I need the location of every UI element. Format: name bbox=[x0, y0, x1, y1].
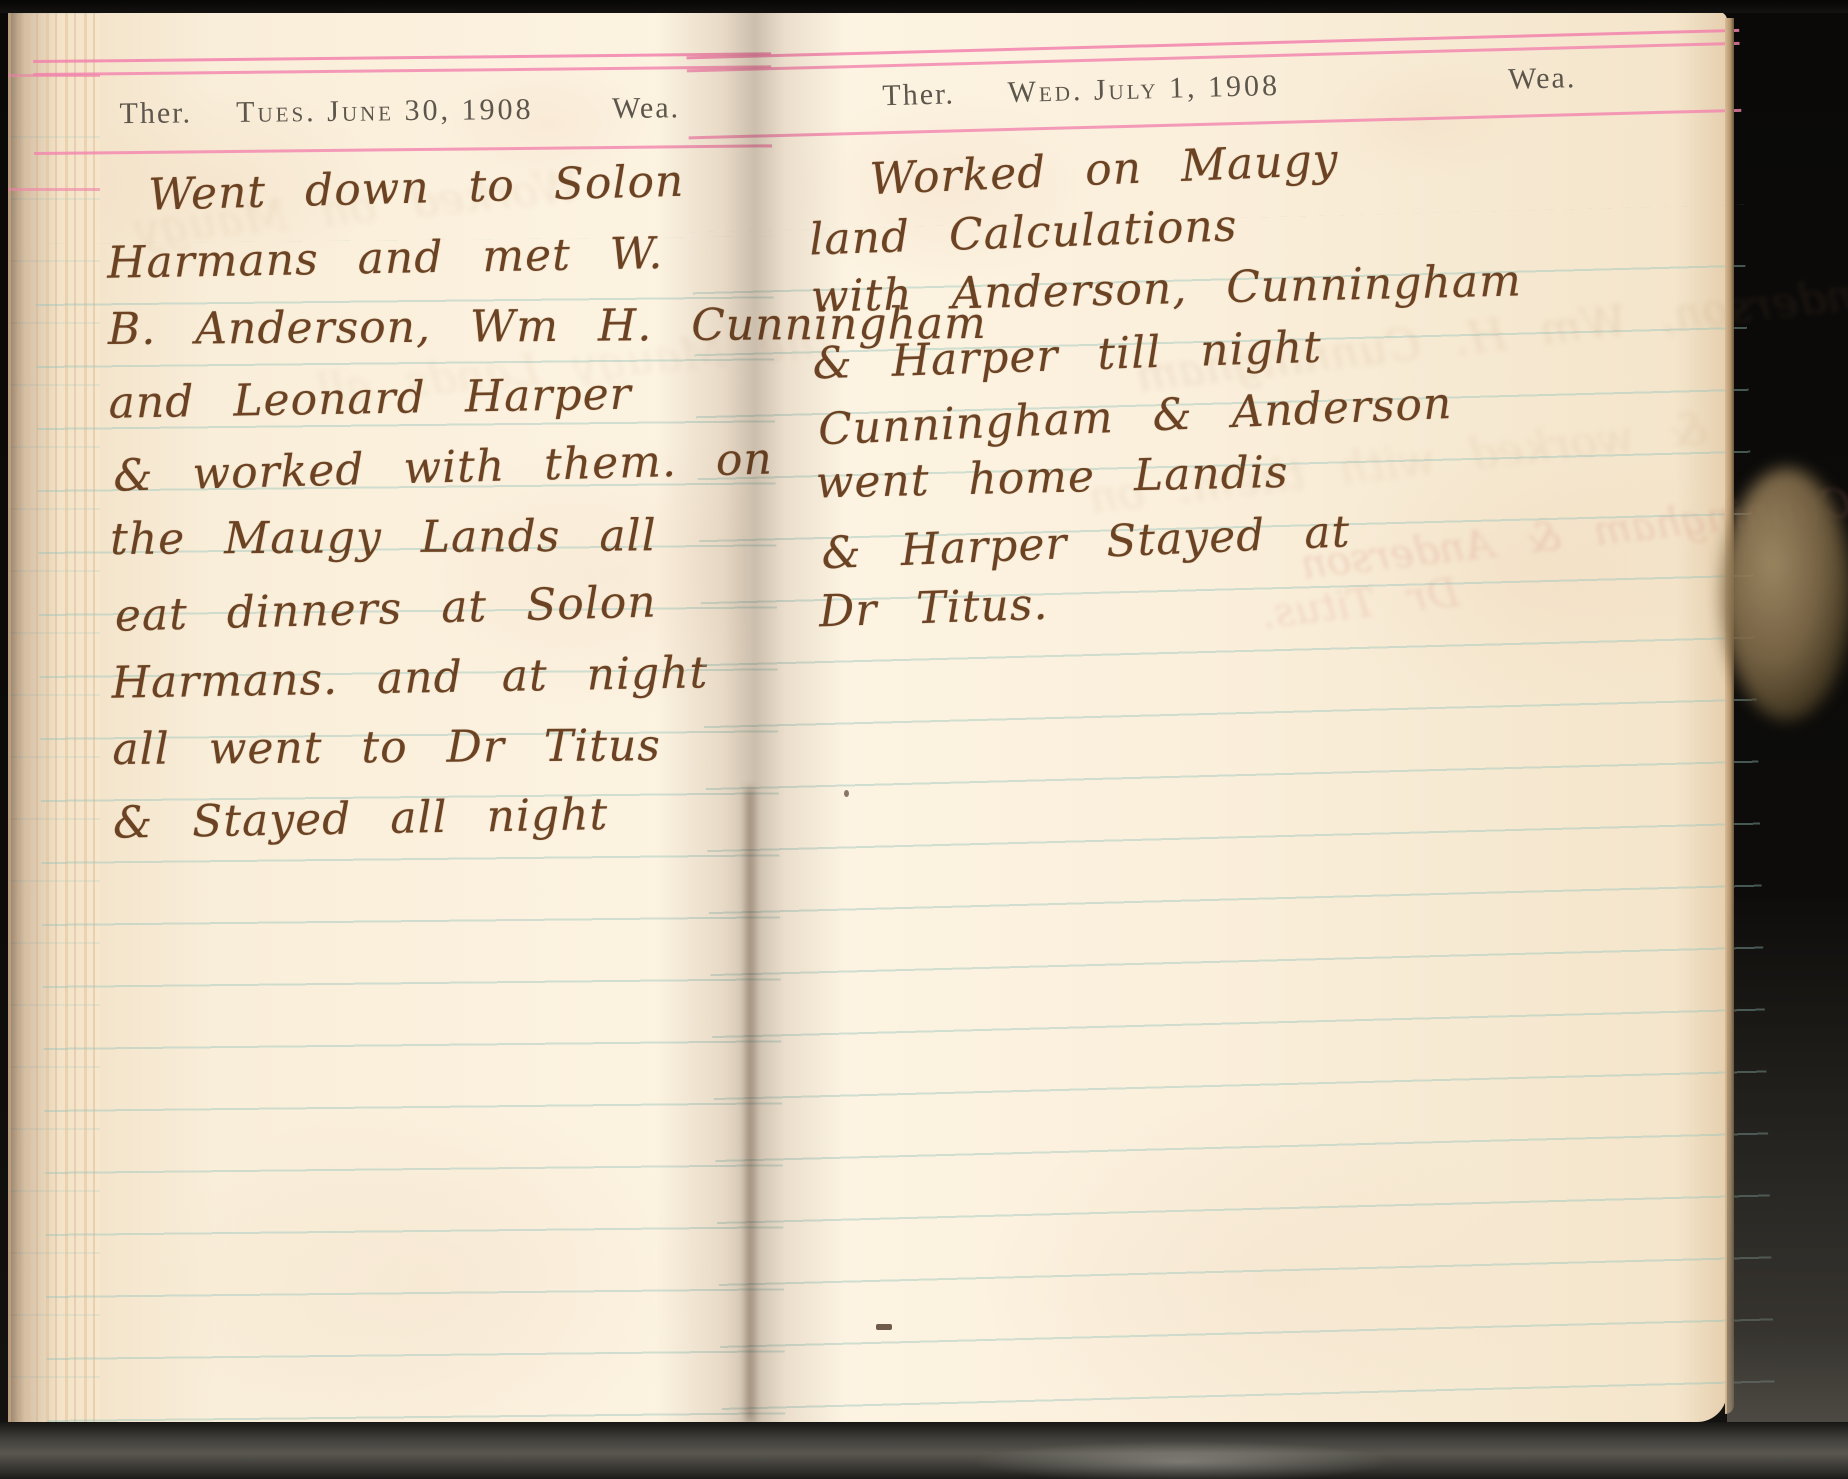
page-right-handwriting: Worked on Maugy land Calculations with A… bbox=[807, 125, 1765, 646]
ink-speck bbox=[876, 1324, 892, 1330]
wea-label: Wea. bbox=[612, 91, 680, 126]
blurred-knob-background bbox=[1722, 468, 1848, 720]
header-double-rule bbox=[33, 52, 771, 76]
book-fore-edge bbox=[1725, 18, 1734, 1414]
ther-label: Ther. bbox=[119, 96, 192, 131]
header-single-rule bbox=[34, 144, 772, 155]
page-right: Ther. Wed. July 1, 1908 Wea. B. Anderson… bbox=[764, 12, 1727, 1422]
diary-photo: Ther. Tues. June 30, 1908 Wea. Worked on… bbox=[0, 0, 1848, 1479]
diary-book: Ther. Tues. June 30, 1908 Wea. Worked on… bbox=[8, 12, 1727, 1422]
page-right-surface: Ther. Wed. July 1, 1908 Wea. B. Anderson… bbox=[746, 0, 1746, 1434]
ink-speck bbox=[844, 790, 849, 797]
photo-top-edge bbox=[0, 0, 1848, 13]
page-left-date: Tues. June 30, 1908 bbox=[236, 93, 534, 130]
page-right-date: Wed. July 1, 1908 bbox=[1007, 69, 1280, 110]
ther-label: Ther. bbox=[882, 77, 955, 113]
page-left-header: Ther. Tues. June 30, 1908 Wea. bbox=[93, 91, 741, 138]
table-surface bbox=[0, 1422, 1848, 1479]
edge-pink-line bbox=[8, 188, 100, 191]
wea-label: Wea. bbox=[1508, 61, 1577, 97]
page-left-surface: Ther. Tues. June 30, 1908 Wea. Worked on… bbox=[93, 9, 756, 1426]
page-left: Ther. Tues. June 30, 1908 Wea. Worked on… bbox=[100, 12, 748, 1422]
